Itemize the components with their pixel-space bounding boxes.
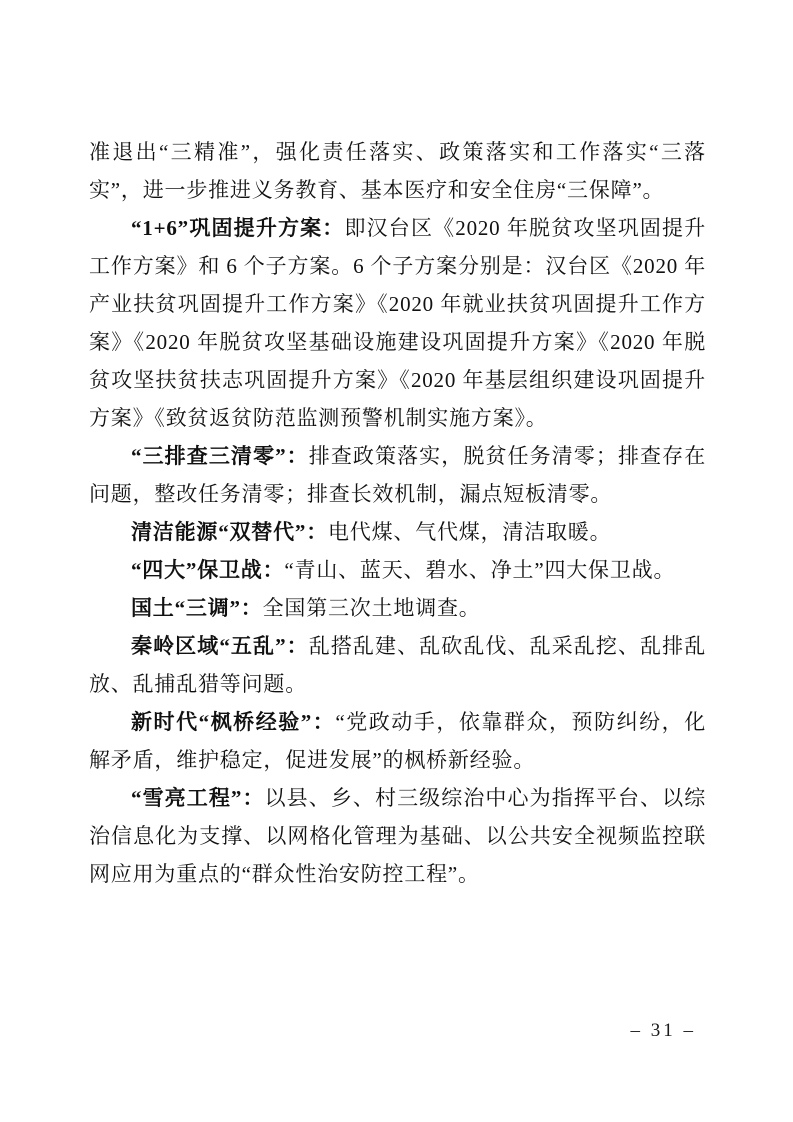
paragraph: 国土“三调”：全国第三次土地调查。	[89, 589, 706, 627]
paragraph-term: 清洁能源“双替代”：	[131, 520, 328, 544]
paragraph: 秦岭区域“五乱”：乱搭乱建、乱砍乱伐、乱采乱挖、乱排乱放、乱捕乱猎等问题。	[89, 627, 706, 703]
paragraph-term: “三排查三清零”：	[131, 444, 309, 468]
paragraph: 准退出“三精准”，强化责任落实、政策落实和工作落实“三落实”，进一步推进义务教育…	[89, 133, 706, 209]
paragraph: “雪亮工程”：以县、乡、村三级综治中心为指挥平台、以综治信息化为支撑、以网格化管…	[89, 779, 706, 893]
paragraph-text: 准退出“三精准”，强化责任落实、政策落实和工作落实“三落实”，进一步推进义务教育…	[89, 140, 706, 202]
paragraph: “1+6”巩固提升方案：即汉台区《2020 年脱贫攻坚巩固提升工作方案》和 6 …	[89, 209, 706, 437]
paragraph-term: 国土“三调”：	[131, 596, 263, 620]
paragraph: 清洁能源“双替代”：电代煤、气代煤，清洁取暖。	[89, 513, 706, 551]
paragraph-text: 全国第三次土地调查。	[263, 596, 481, 620]
paragraph: “三排查三清零”：排查政策落实，脱贫任务清零；排查存在问题，整改任务清零；排查长…	[89, 437, 706, 513]
document-body: 准退出“三精准”，强化责任落实、政策落实和工作落实“三落实”，进一步推进义务教育…	[89, 133, 706, 893]
paragraph-term: “四大”保卫战：	[131, 558, 284, 582]
page-number: – 31 –	[631, 1020, 697, 1042]
paragraph-term: 新时代“枫桥经验”：	[131, 710, 335, 734]
paragraph-term: “1+6”巩固提升方案：	[131, 216, 344, 240]
paragraph-text: “青山、蓝天、碧水、净土”四大保卫战。	[284, 558, 675, 582]
paragraph-term: 秦岭区域“五乱”：	[131, 634, 309, 658]
paragraph-term: “雪亮工程”：	[131, 786, 265, 810]
paragraph: “四大”保卫战：“青山、蓝天、碧水、净土”四大保卫战。	[89, 551, 706, 589]
paragraph-text: 即汉台区《2020 年脱贫攻坚巩固提升工作方案》和 6 个子方案。6 个子方案分…	[89, 216, 706, 430]
document-page: 准退出“三精准”，强化责任落实、政策落实和工作落实“三落实”，进一步推进义务教育…	[0, 0, 793, 1122]
paragraph-text: 电代煤、气代煤，清洁取暖。	[328, 520, 611, 544]
paragraph: 新时代“枫桥经验”：“党政动手，依靠群众，预防纠纷，化解矛盾，维护稳定，促进发展…	[89, 703, 706, 779]
